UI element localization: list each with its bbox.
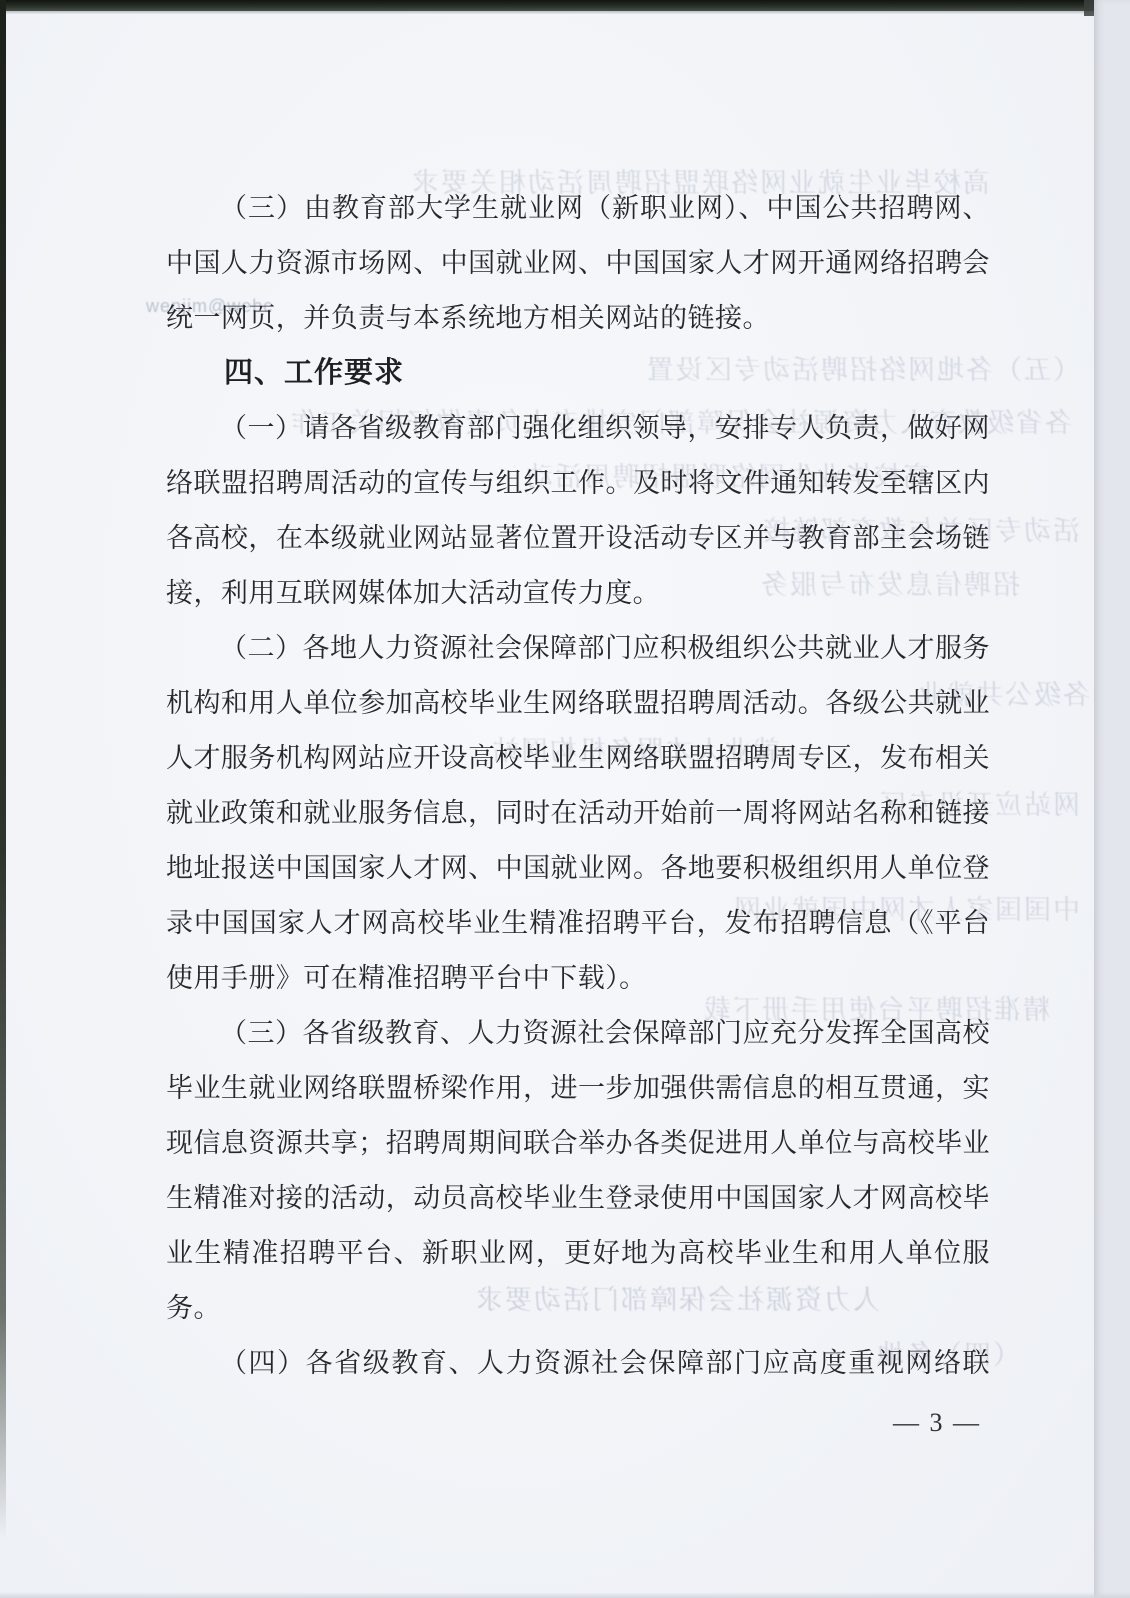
document-text-block: （三）由教育部大学生就业网（新职业网）、中国公共招聘网、中国人力资源市场网、中国…: [166, 181, 990, 1391]
page-number: — 3 —: [872, 1408, 1002, 1438]
scanner-top-edge: [0, 0, 1130, 11]
body-paragraph: （三）由教育部大学生就业网（新职业网）、中国公共招聘网、中国人力资源市场网、中国…: [166, 181, 990, 346]
body-paragraph: （一）请各省级教育部门强化组织领导，安排专人负责，做好网络联盟招聘周活动的宣传与…: [166, 401, 990, 621]
scanner-top-edge-highlight: [0, 11, 1130, 14]
page-right-gutter-shadow: [1094, 0, 1130, 1598]
scanned-document-page: 高校毕业生就业网络联盟招聘周活动相关要求 （五）各地网络招聘活动专区设置 各省级…: [0, 0, 1130, 1598]
scanner-left-edge: [0, 0, 6, 1540]
body-paragraph: （三）各省级教育、人力资源社会保障部门应充分发挥全国高校毕业生就业网络联盟桥梁作…: [166, 1006, 990, 1336]
body-paragraph: （二）各地人力资源社会保障部门应积极组织公共就业人才服务机构和用人单位参加高校毕…: [166, 621, 990, 1006]
body-paragraph: （四）各省级教育、人力资源社会保障部门应高度重视网络联: [166, 1336, 990, 1391]
section-heading: 四、工作要求: [166, 346, 990, 401]
page-bottom-edge-shadow: [0, 1592, 1130, 1598]
